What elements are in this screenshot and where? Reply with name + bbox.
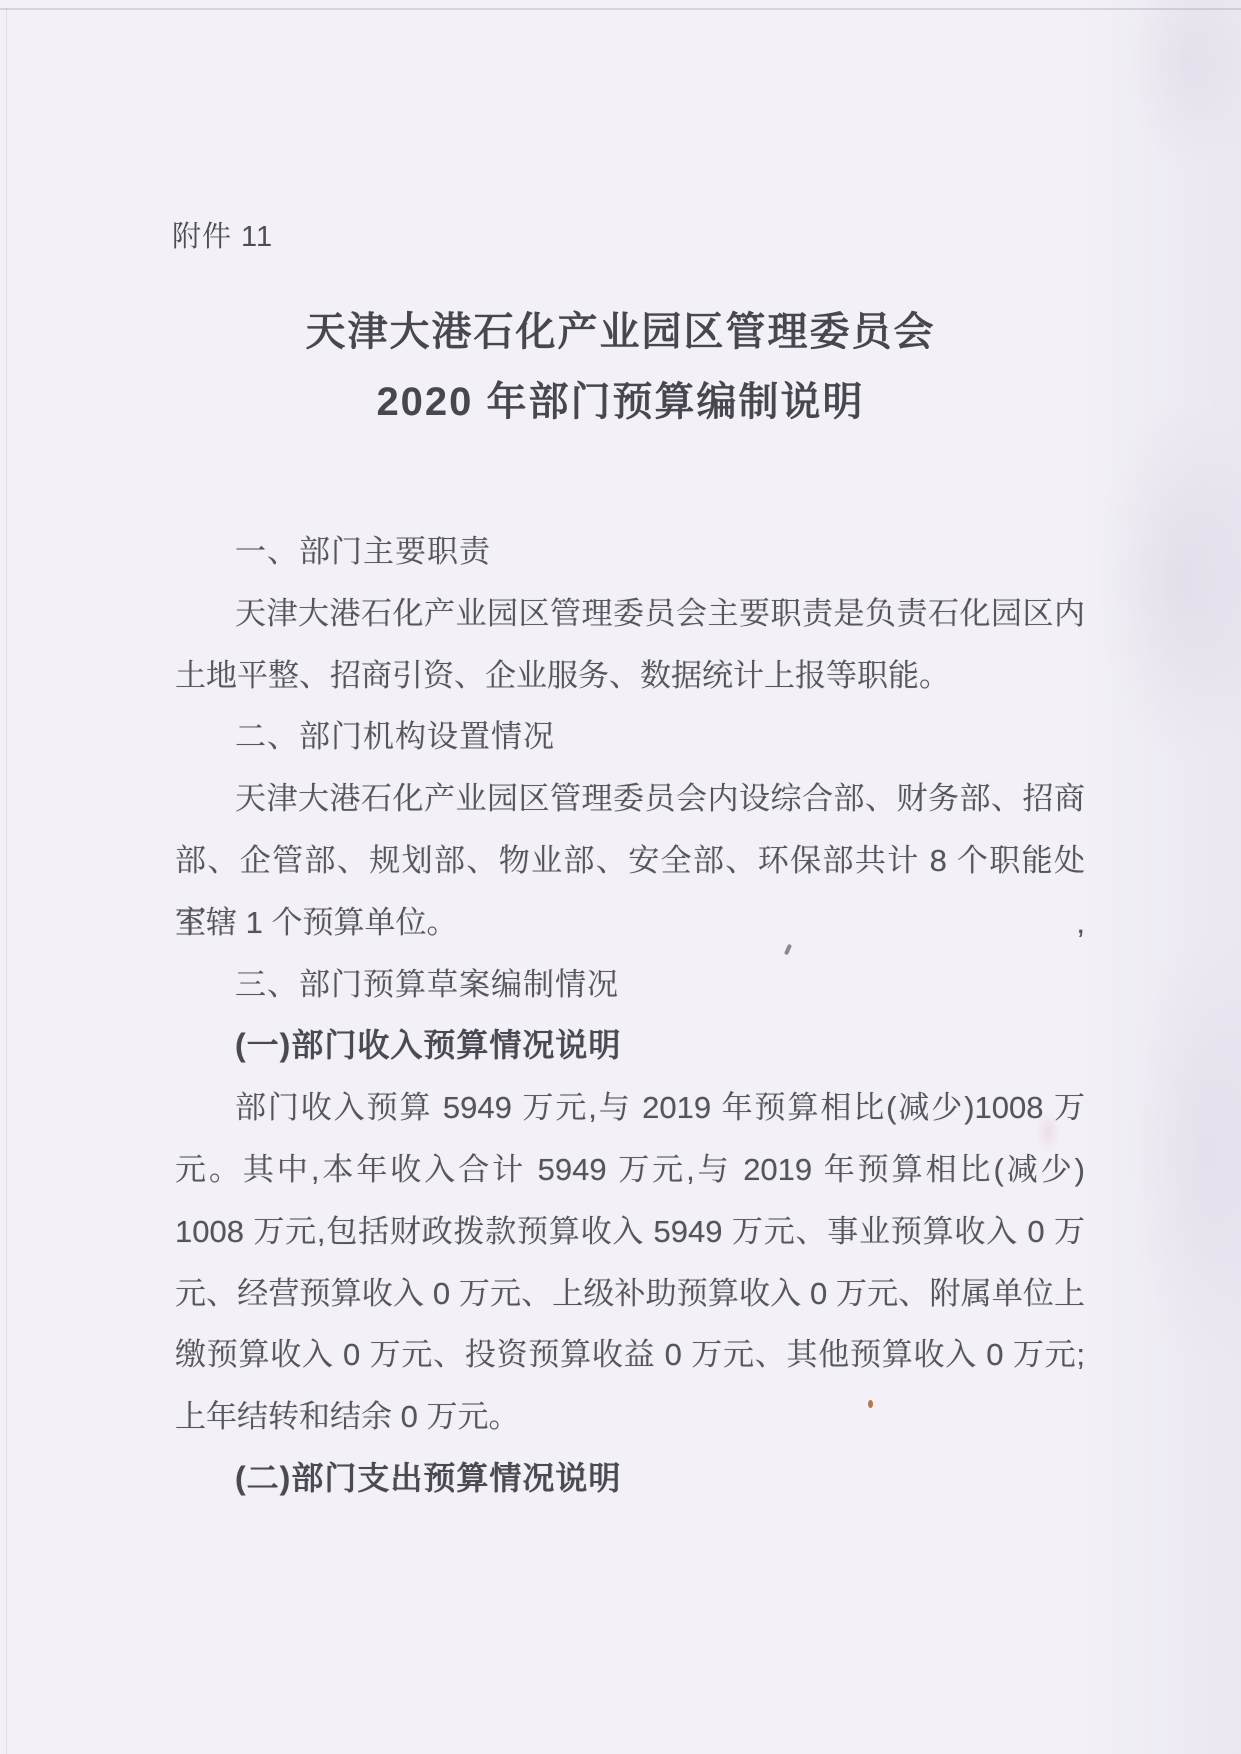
body-text-line: 土地平整、招商引资、企业服务、数据统计上报等职能。 (175, 645, 1085, 707)
scanned-document-page: 附件 11 天津大港石化产业园区管理委员会 2020 年部门预算编制说明 一、部… (0, 0, 1241, 1754)
body-text-line: 部、企管部、规划部、物业部、安全部、环保部共计 8 个职能处室, (175, 830, 1085, 892)
scan-edge-top (0, 8, 1241, 10)
title-line-1: 天津大港石化产业园区管理委员会 (0, 312, 1241, 352)
body-text-line: 天津大港石化产业园区管理委员会主要职责是负责石化园区内 (175, 583, 1085, 645)
document-body: 一、部门主要职责天津大港石化产业园区管理委员会主要职责是负责石化园区内土地平整、… (175, 521, 1085, 1510)
section-heading: 一、部门主要职责 (175, 521, 1085, 583)
document-title: 天津大港石化产业园区管理委员会 2020 年部门预算编制说明 (0, 312, 1241, 422)
section-heading: 二、部门机构设置情况 (175, 706, 1085, 768)
subsection-heading: (一)部门收入预算情况说明 (175, 1015, 1085, 1077)
body-text-line: 上年结转和结余 0 万元。 (175, 1386, 1085, 1448)
section-heading: 三、部门预算草案编制情况 (175, 954, 1085, 1016)
body-text-line: 元。其中,本年收入合计 5949 万元,与 2019 年预算相比(减少) (175, 1139, 1085, 1201)
body-text-line: 部门收入预算 5949 万元,与 2019 年预算相比(减少)1008 万 (175, 1077, 1085, 1139)
scan-edge-left (6, 8, 7, 1754)
subsection-heading: (二)部门支出预算情况说明 (175, 1448, 1085, 1510)
attachment-label: 附件 11 (172, 214, 273, 255)
body-text-line: 元、经营预算收入 0 万元、上级补助预算收入 0 万元、附属单位上 (175, 1263, 1085, 1325)
body-text-line: 天津大港石化产业园区管理委员会内设综合部、财务部、招商 (175, 768, 1085, 830)
body-text-line: 1008 万元,包括财政拨款预算收入 5949 万元、事业预算收入 0 万 (175, 1201, 1085, 1263)
title-line-2: 2020 年部门预算编制说明 (0, 382, 1241, 422)
body-text-line: 缴预算收入 0 万元、投资预算收益 0 万元、其他预算收入 0 万元; (175, 1324, 1085, 1386)
